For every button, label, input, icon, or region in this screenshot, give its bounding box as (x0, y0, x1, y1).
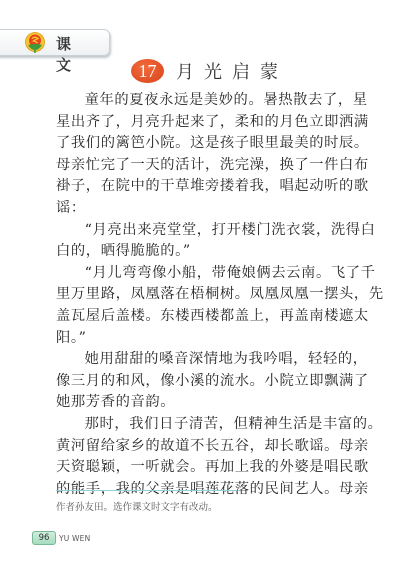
footnote-divider (56, 490, 237, 491)
section-tab: 课 文 (0, 29, 110, 56)
section-label: 课 文 (56, 33, 109, 75)
lesson-body: 童年的夏夜永远是美妙的。暑热散去了，星 星出齐了，月亮升起来了，柔和的月色立即洒… (56, 90, 348, 500)
text-line: 星出齐了，月亮升起来了，柔和的月色立即洒满 (56, 112, 348, 134)
text-line: 她那芳香的音韵。 (56, 392, 348, 414)
lesson-title: 17 月光启蒙 (131, 58, 288, 84)
text-line: 她用甜甜的嗓音深情地为我吟唱，轻轻的， (56, 349, 348, 371)
text-line: 天资聪颖，一听就会。再加上我的外婆是唱民歌 (56, 457, 348, 479)
text-line: 白的，晒得脆脆的。” (56, 241, 348, 263)
text-line: 母亲忙完了一天的活计，洗完澡，换了一件白布 (56, 155, 348, 177)
sunflower-logo-icon (24, 32, 46, 54)
lesson-name: 月光启蒙 (176, 58, 288, 84)
text-line: 阳。” (56, 328, 348, 350)
text-line: 了我们的篱笆小院。这是孩子眼里最美的时辰。 (56, 133, 348, 155)
text-line: 褂子，在院中的干草堆旁搂着我，唱起动听的歌 (56, 176, 348, 198)
text-line: 盖瓦屋后盖楼。东楼西楼都盖上，再盖南楼遮太 (56, 306, 348, 328)
text-line: “月儿弯弯像小船，带俺娘俩去云南。飞了千 (56, 263, 348, 285)
text-line: 谣： (56, 198, 348, 220)
footnote: 作者孙友田。选作课文时文字有改动。 (56, 499, 218, 513)
text-line: 里万里路，凤凰落在梧桐树。凤凰凤凰一摆头，先 (56, 284, 348, 306)
text-line: “月亮出来亮堂堂，打开楼门洗衣裳，洗得白 (56, 220, 348, 242)
lesson-number-badge: 17 (131, 59, 164, 83)
text-line: 黄河留给家乡的故道不长五谷，却长歌谣。母亲 (56, 436, 348, 458)
text-line: 像三月的和风，像小溪的流水。小院立即飘满了 (56, 371, 348, 393)
page-number: 96 (32, 531, 56, 545)
subject-label: YU WEN (59, 534, 90, 543)
text-line: 那时，我们日子清苦，但精神生活是丰富的。 (56, 414, 348, 436)
text-line: 童年的夏夜永远是美妙的。暑热散去了，星 (56, 90, 348, 112)
